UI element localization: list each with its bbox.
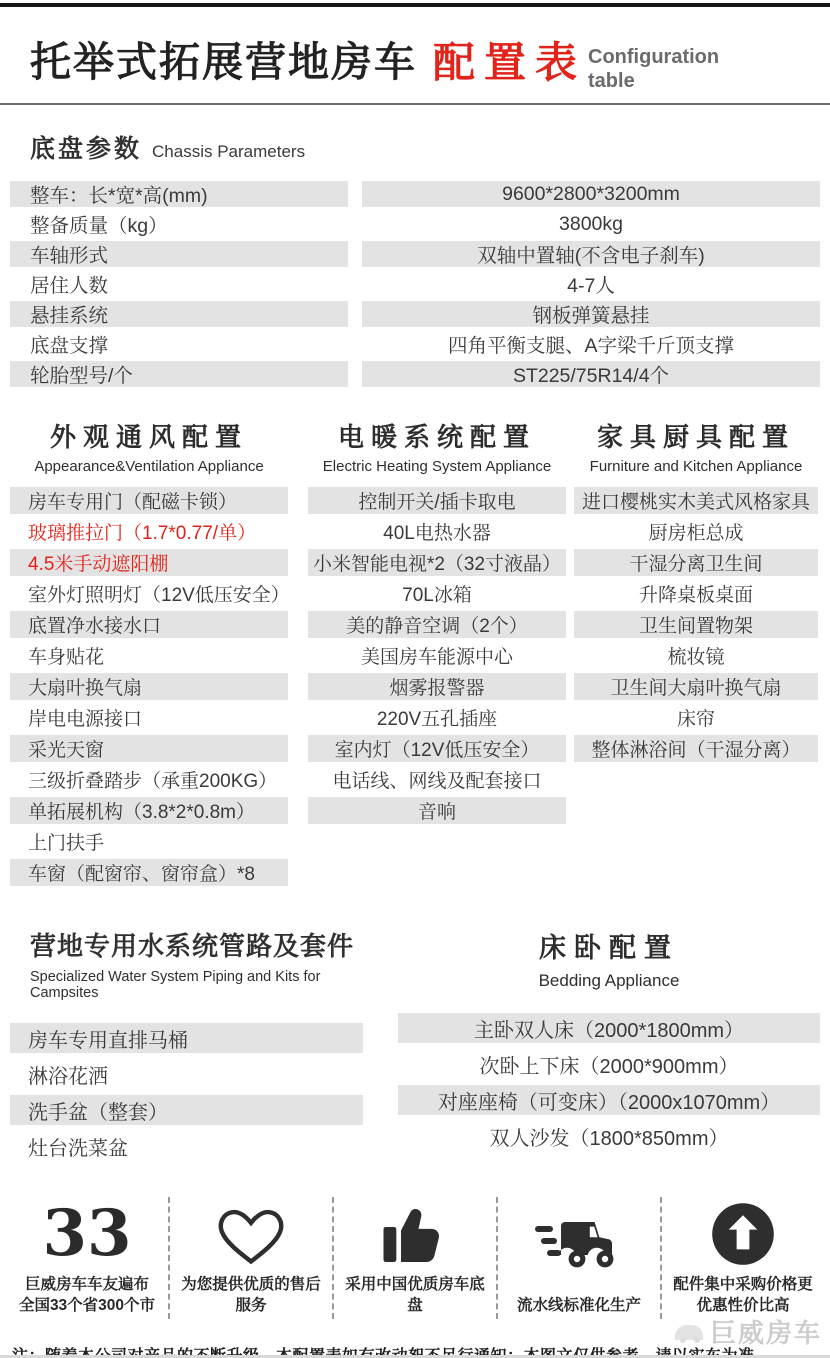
list-item: 梳妆镜 bbox=[574, 642, 818, 669]
section-title-en: Bedding Appliance bbox=[398, 971, 820, 991]
feature-parts-pricing: 配件集中采购价格更 优惠性价比高 bbox=[660, 1197, 824, 1319]
caption-line: 采用中国优质房车底盘 bbox=[345, 1276, 485, 1314]
row-label: 车轴形式 bbox=[10, 241, 348, 267]
page-title: 托举式拓展营地房车 bbox=[30, 37, 417, 88]
row-label: 居住人数 bbox=[10, 271, 348, 297]
list-item: 电话线、网线及配套接口 bbox=[308, 766, 566, 793]
row-value: 四角平衡支腿、A字梁千斤顶支撑 bbox=[362, 331, 820, 357]
table-row: 车轴形式双轴中置轴(不含电子刹车) bbox=[10, 241, 820, 267]
feature-network: 33 巨威房车车友遍布 全国33个省300个市 bbox=[6, 1197, 168, 1319]
section-furniture-kitchen: 家具厨具配置 Furniture and Kitchen Appliance 进… bbox=[574, 417, 818, 766]
list-item: 对座座椅（可变床）（2000x1070mm） bbox=[398, 1085, 820, 1115]
list-item: 音响 bbox=[308, 797, 566, 824]
list-item: 220V五孔插座 bbox=[308, 704, 566, 731]
row-label: 整车：长*宽*高(mm) bbox=[10, 181, 348, 207]
table-row: 底盘支撑四角平衡支腿、A字梁千斤顶支撑 bbox=[10, 331, 820, 357]
list-item: 主卧双人床（2000*1800mm） bbox=[398, 1013, 820, 1043]
list-item: 车窗（配窗帘、窗帘盒）*8 bbox=[10, 859, 288, 886]
table-row: 轮胎型号/个ST225/75R14/4个 bbox=[10, 361, 820, 387]
section-appearance-ventilation: 外观通风配置 Appearance&Ventilation Appliance … bbox=[10, 417, 288, 890]
list-item: 卫生间置物架 bbox=[574, 611, 818, 638]
row-label: 整备质量（kg） bbox=[10, 211, 348, 237]
table-row: 整车：长*宽*高(mm)9600*2800*3200mm bbox=[10, 181, 820, 207]
list-item: 灶台洗菜盆 bbox=[10, 1131, 363, 1161]
row-label: 底盘支撑 bbox=[10, 331, 348, 357]
item-list: 房车专用直排马桶 淋浴花洒 洗手盆（整套） 灶台洗菜盆 bbox=[10, 1023, 363, 1161]
list-item: 床帘 bbox=[574, 704, 818, 731]
feature-service: 为您提供优质的售后服务 bbox=[168, 1197, 332, 1319]
truck-icon bbox=[535, 1199, 623, 1290]
section-chassis: 底盘参数 Chassis Parameters 整车：长*宽*高(mm)9600… bbox=[0, 105, 830, 387]
feature-caption: 配件集中采购价格更 优惠性价比高 bbox=[673, 1275, 813, 1317]
list-item: 控制开关/插卡取电 bbox=[308, 487, 566, 514]
section-title-zh: 家具厨具配置 bbox=[574, 417, 818, 454]
feature-strip: 33 巨威房车车友遍布 全国33个省300个市 为您提供优质的售后服务 采用中国… bbox=[0, 1197, 830, 1319]
list-item: 烟雾报警器 bbox=[308, 673, 566, 700]
list-item: 采光天窗 bbox=[10, 735, 288, 762]
page-title-highlight: 配置表 bbox=[433, 37, 586, 90]
caption-line: 流水线标准化生产 bbox=[517, 1297, 641, 1314]
list-item: 70L冰箱 bbox=[308, 580, 566, 607]
list-item: 底置净水接水口 bbox=[10, 611, 288, 638]
list-item: 卫生间大扇叶换气扇 bbox=[574, 673, 818, 700]
section-title-en: Furniture and Kitchen Appliance bbox=[574, 458, 818, 475]
table-row: 整备质量（kg）3800kg bbox=[10, 211, 820, 237]
brand-watermark: 巨威房车 bbox=[672, 1313, 822, 1350]
item-list: 主卧双人床（2000*1800mm） 次卧上下床（2000*900mm） 对座座… bbox=[398, 1013, 820, 1151]
list-item: 岸电电源接口 bbox=[10, 704, 288, 731]
feature-caption: 为您提供优质的售后服务 bbox=[174, 1275, 328, 1317]
section-title-zh: 电暖系统配置 bbox=[308, 417, 566, 454]
heart-outline-icon bbox=[213, 1199, 289, 1269]
list-item: 美的静音空调（2个） bbox=[308, 611, 566, 638]
list-item: 进口樱桃实木美式风格家具 bbox=[574, 487, 818, 514]
caption-line: 全国33个省300个市 bbox=[19, 1297, 155, 1314]
list-item: 单拓展机构（3.8*2*0.8m） bbox=[10, 797, 288, 824]
caption-line: 优惠性价比高 bbox=[696, 1297, 789, 1314]
section-title-en: Specialized Water System Piping and Kits… bbox=[30, 969, 363, 1001]
list-item: 室内灯（12V低压安全） bbox=[308, 735, 566, 762]
row-label: 悬挂系统 bbox=[10, 301, 348, 327]
row-value: 双轴中置轴(不含电子刹车) bbox=[362, 241, 820, 267]
list-item: 室外灯照明灯（12V低压安全） bbox=[10, 580, 288, 607]
section-title-zh: 底盘参数 bbox=[30, 129, 142, 165]
page-header: 托举式拓展营地房车 配置表 Configuration table bbox=[0, 7, 830, 93]
section-title-en: Chassis Parameters bbox=[152, 142, 305, 162]
table-row: 居住人数4-7人 bbox=[10, 271, 820, 297]
item-list: 进口樱桃实木美式风格家具 厨房柜总成 干湿分离卫生间 升降桌板桌面 卫生间置物架… bbox=[574, 487, 818, 762]
config-columns: 外观通风配置 Appearance&Ventilation Appliance … bbox=[0, 417, 830, 890]
table-row: 悬挂系统钢板弹簧悬挂 bbox=[10, 301, 820, 327]
list-item: 车身贴花 bbox=[10, 642, 288, 669]
brand-watermark-text: 巨威房车 bbox=[710, 1313, 822, 1350]
section-electric-heating: 电暖系统配置 Electric Heating System Appliance… bbox=[308, 417, 566, 828]
row-value: 9600*2800*3200mm bbox=[362, 181, 820, 207]
list-item: 4.5米手动遮阳棚 bbox=[10, 549, 288, 576]
page-title-en-line1: Configuration bbox=[588, 46, 719, 68]
chassis-table: 整车：长*宽*高(mm)9600*2800*3200mm 整备质量（kg）380… bbox=[10, 181, 820, 387]
list-item: 小米智能电视*2（32寸液晶） bbox=[308, 549, 566, 576]
caption-line: 巨威房车车友遍布 bbox=[25, 1276, 149, 1293]
row-label: 轮胎型号/个 bbox=[10, 361, 348, 387]
item-list: 控制开关/插卡取电 40L电热水器 小米智能电视*2（32寸液晶） 70L冰箱 … bbox=[308, 487, 566, 824]
bottom-sections: 营地专用水系统管路及套件 Specialized Water System Pi… bbox=[0, 926, 830, 1167]
row-value: 4-7人 bbox=[362, 271, 820, 297]
page-title-en-line2: table bbox=[588, 70, 635, 92]
list-item: 干湿分离卫生间 bbox=[574, 549, 818, 576]
list-item: 双人沙发（1800*850mm） bbox=[398, 1121, 820, 1151]
page-title-en: Configuration table bbox=[588, 37, 719, 93]
stat-number: 33 bbox=[42, 1202, 131, 1266]
list-item: 玻璃推拉门（1.7*0.77/单） bbox=[10, 518, 288, 545]
list-item: 三级折叠踏步（承重200KG） bbox=[10, 766, 288, 793]
list-item: 次卧上下床（2000*900mm） bbox=[398, 1049, 820, 1079]
feature-caption: 采用中国优质房车底盘 bbox=[338, 1275, 492, 1317]
row-value: 钢板弹簧悬挂 bbox=[362, 301, 820, 327]
section-title-en: Appearance&Ventilation Appliance bbox=[10, 458, 288, 475]
section-bedding: 床卧配置 Bedding Appliance 主卧双人床（2000*1800mm… bbox=[398, 926, 820, 1157]
row-value: ST225/75R14/4个 bbox=[362, 361, 820, 387]
row-value: 3800kg bbox=[362, 211, 820, 237]
list-item: 美国房车能源中心 bbox=[308, 642, 566, 669]
feature-caption: 巨威房车车友遍布 全国33个省300个市 bbox=[19, 1275, 155, 1317]
brand-logo-icon bbox=[672, 1319, 706, 1345]
list-item: 房车专用门（配磁卡锁） bbox=[10, 487, 288, 514]
thumbs-up-icon bbox=[380, 1199, 450, 1269]
section-title: 底盘参数 Chassis Parameters bbox=[10, 129, 820, 165]
section-title: 营地专用水系统管路及套件 Specialized Water System Pi… bbox=[10, 926, 363, 1001]
section-title-zh: 营地专用水系统管路及套件 bbox=[30, 926, 354, 963]
section-title: 外观通风配置 Appearance&Ventilation Appliance bbox=[10, 417, 288, 475]
list-item: 40L电热水器 bbox=[308, 518, 566, 545]
list-item: 房车专用直排马桶 bbox=[10, 1023, 363, 1053]
feature-production: 流水线标准化生产 bbox=[496, 1197, 660, 1319]
list-item: 淋浴花洒 bbox=[10, 1059, 363, 1089]
section-title-en: Electric Heating System Appliance bbox=[308, 458, 566, 475]
caption-line: 配件集中采购价格更 bbox=[673, 1276, 813, 1293]
feature-caption: 流水线标准化生产 bbox=[517, 1296, 641, 1317]
arrow-up-circle-icon bbox=[710, 1199, 776, 1269]
section-title: 电暖系统配置 Electric Heating System Appliance bbox=[308, 417, 566, 475]
section-title-zh: 床卧配置 bbox=[398, 926, 820, 965]
section-title: 床卧配置 Bedding Appliance bbox=[398, 926, 820, 991]
list-item: 升降桌板桌面 bbox=[574, 580, 818, 607]
item-list: 房车专用门（配磁卡锁） 玻璃推拉门（1.7*0.77/单） 4.5米手动遮阳棚 … bbox=[10, 487, 288, 886]
list-item: 厨房柜总成 bbox=[574, 518, 818, 545]
feature-chassis-quality: 采用中国优质房车底盘 bbox=[332, 1197, 496, 1319]
caption-line: 为您提供优质的售后服务 bbox=[181, 1276, 321, 1314]
section-title: 家具厨具配置 Furniture and Kitchen Appliance bbox=[574, 417, 818, 475]
section-water-system: 营地专用水系统管路及套件 Specialized Water System Pi… bbox=[10, 926, 363, 1167]
list-item: 上门扶手 bbox=[10, 828, 288, 855]
list-item: 洗手盆（整套） bbox=[10, 1095, 363, 1125]
section-title-zh: 外观通风配置 bbox=[10, 417, 288, 454]
list-item: 大扇叶换气扇 bbox=[10, 673, 288, 700]
list-item: 整体淋浴间（干湿分离） bbox=[574, 735, 818, 762]
